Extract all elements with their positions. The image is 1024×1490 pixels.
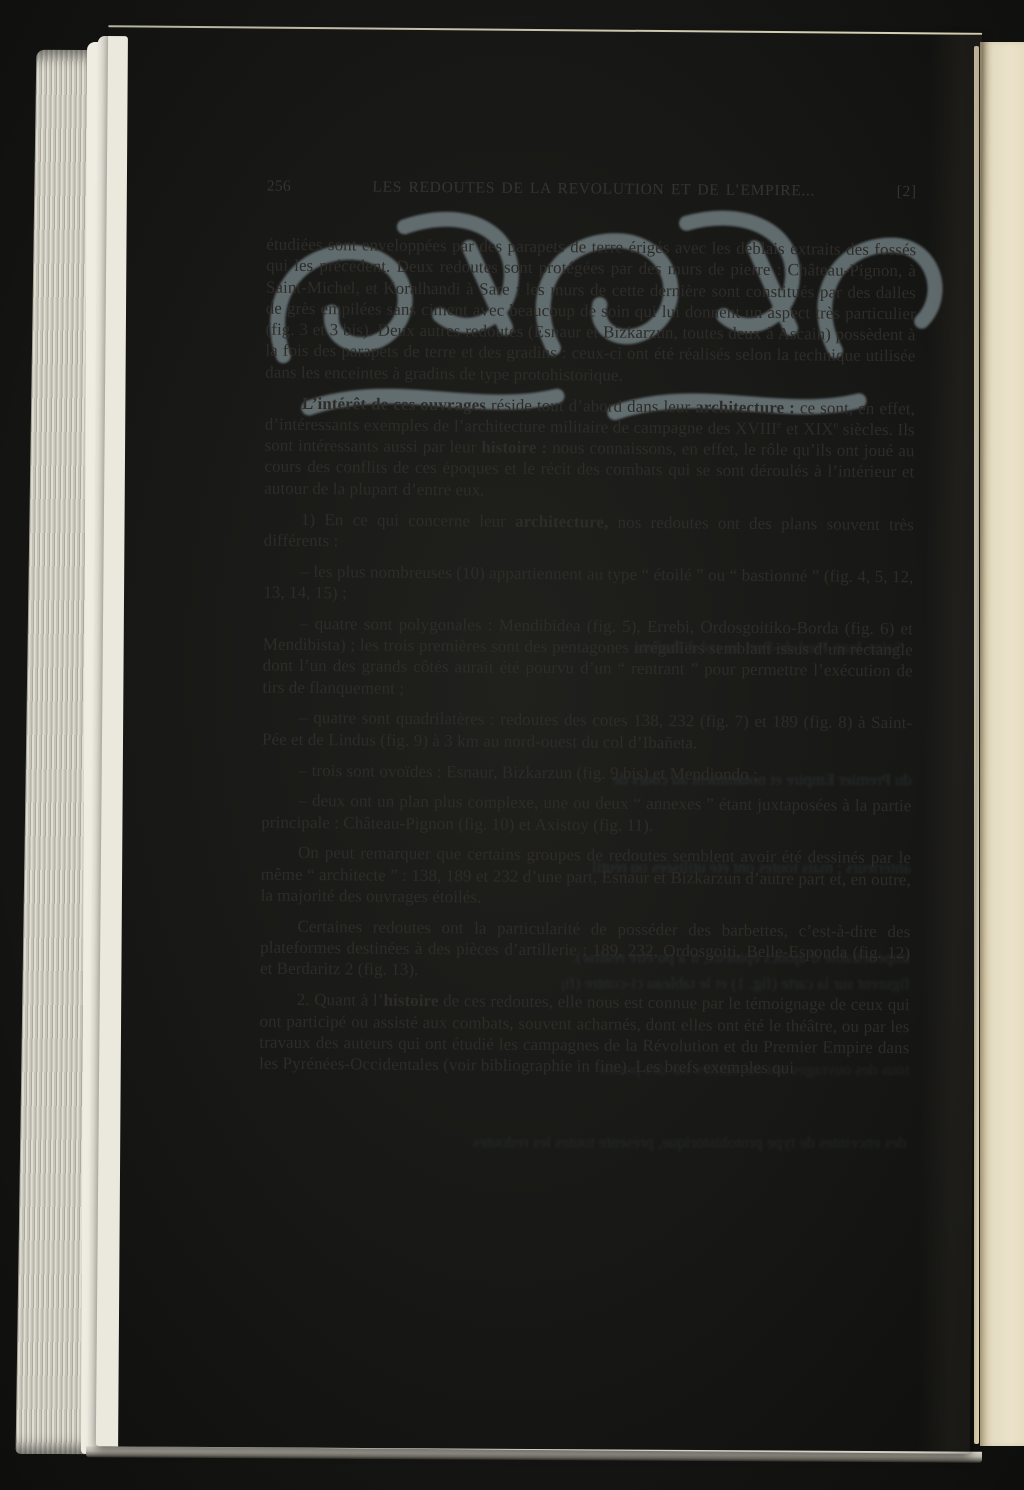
book-page: Saint-Jean-Pied-de-Port au col d’Ibañeta… <box>96 26 982 1454</box>
facing-page-sliver <box>980 42 1024 1446</box>
paragraph: – quatre sont polygonales : Mendibidea (… <box>262 612 913 703</box>
paragraph: – trois sont ovoïdes : Esnaur, Bizkarzun… <box>262 759 912 786</box>
page-number: 256 <box>267 178 291 196</box>
book-photo: Saint-Jean-Pied-de-Port au col d’Ibañeta… <box>0 0 1024 1490</box>
paragraph: étudiées sont enveloppées par des parape… <box>265 234 916 389</box>
running-title: LES REDOUTES DE LA REVOLUTION ET DE L’EM… <box>291 178 897 201</box>
page-content: 256 LES REDOUTES DE LA REVOLUTION ET DE … <box>96 26 982 1454</box>
paragraph: – deux ont un plan plus complexe, une ou… <box>261 790 911 838</box>
paragraph: Certaines redoutes ont la particularité … <box>260 915 911 985</box>
paragraph: L’intérêt de ces ouvrages réside tout d’… <box>264 392 915 504</box>
paragraph: 2. Quant à l’histoire de ces redoutes, e… <box>259 989 910 1080</box>
body-text: étudiées sont enveloppées par des parape… <box>259 234 916 1090</box>
running-header: 256 LES REDOUTES DE LA REVOLUTION ET DE … <box>267 178 917 202</box>
paragraph: On peut remarquer que certains groupes d… <box>261 842 912 912</box>
column-reference: [2] <box>897 183 917 201</box>
paragraph: – quatre sont quadrilatères : redoutes d… <box>262 707 912 755</box>
paragraph: – les plus nombreuses (10) appartiennent… <box>263 560 913 608</box>
paragraph: 1) En ce qui concerne leur architecture,… <box>264 508 914 556</box>
